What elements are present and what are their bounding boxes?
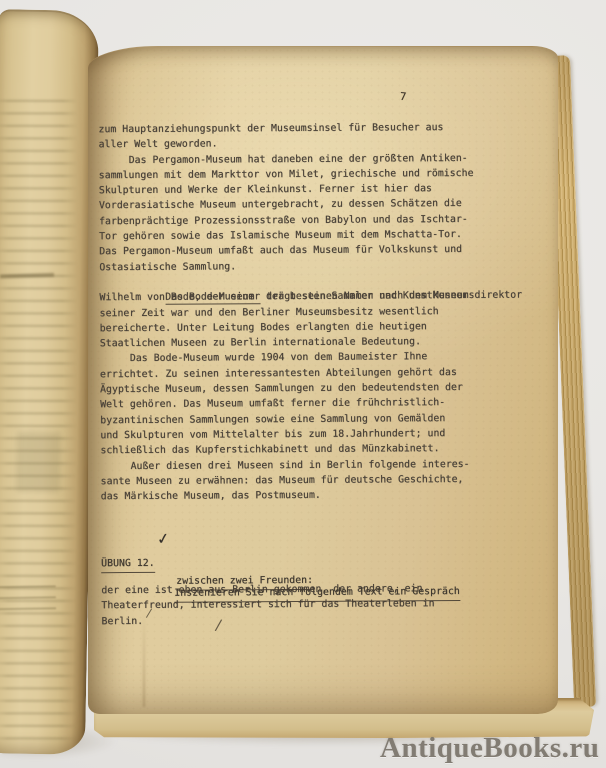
typewritten-text-block: zum Hauptanziehungspunkt der Museumsinse… — [98, 120, 493, 629]
book-photo: 7 zum Hauptanziehungspunkt der Museumsin… — [0, 0, 606, 768]
typewritten-line: sante Museen zu erwähnen: das Museum für… — [101, 472, 493, 490]
watermark-text: AntiqueBooks.ru — [380, 732, 599, 765]
typewritten-line: sammlungen mit dem Markttor von Milet, g… — [99, 166, 491, 184]
exercise-heading-row: zwischen zwei Freunden: — [101, 557, 493, 575]
typewritten-line: Berlin. — [101, 611, 493, 629]
typewritten-line: schließlich das Kupferstichkabinett und … — [100, 441, 492, 459]
show-through-text — [0, 94, 78, 742]
left-page — [0, 9, 99, 755]
typewritten-line: zum Hauptanziehungspunkt der Museumsinse… — [98, 120, 490, 138]
ink-smudge — [16, 432, 61, 493]
ink-smudge — [0, 581, 56, 612]
typewritten-line: Wilhelm von Bode, der einer der besten S… — [99, 288, 491, 306]
typewritten-line: seiner Zeit war und den Berliner Museums… — [100, 303, 492, 321]
typewritten-line: das Märkische Museum, das Postmuseum. — [101, 487, 493, 505]
page-number: 7 — [400, 91, 407, 103]
handwritten-checkmark: ✓ — [156, 531, 171, 548]
exercise-heading-row: ÜBUNG 12. ✓ Inszenieren Sie nach folgend… — [101, 538, 493, 556]
exercise-heading-line: zwischen zwei Freunden: — [176, 573, 313, 591]
typewritten-line: Das Pergamon-Museum umfaßt auch das Muse… — [99, 242, 491, 260]
